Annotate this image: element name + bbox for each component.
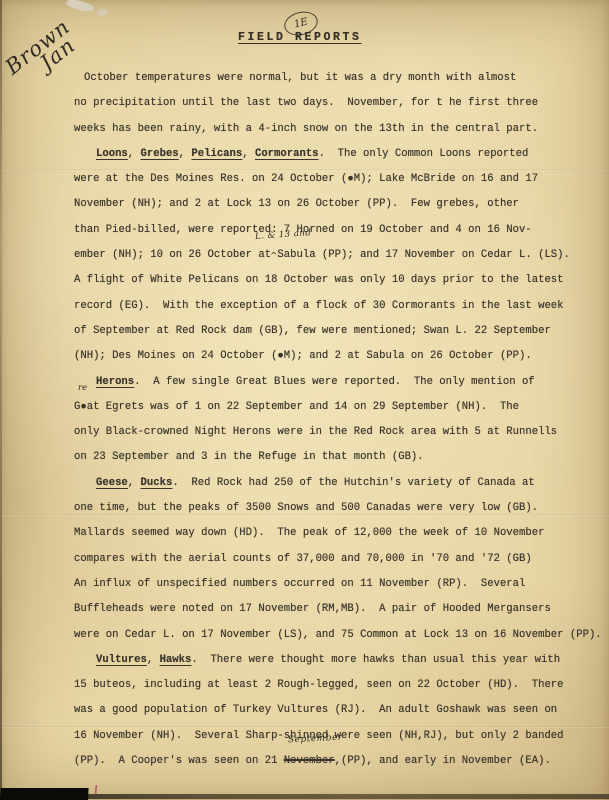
typed-text: weeks has been rainy, with a 4-inch snow… [74,123,538,135]
handwritten-corner-note: Brown Jan [2,16,84,92]
caret-mark: ^ [270,252,278,262]
typed-line: Buffleheads were noted on 17 November (R… [74,597,606,622]
typed-text: ember (NH); 10 on 26 October at Sabula (… [74,249,570,261]
typed-text: , [147,654,160,666]
typed-text: 15 buteos, including at least 2 Rough-le… [74,679,564,691]
typed-line: compares with the aerial counts of 37,00… [74,547,606,572]
typed-text: on 23 September and 3 in the Refuge in t… [74,451,424,463]
typed-text: only Black-crowned Night Herons were in … [74,426,557,438]
scanned-document-page: { "title": "FIELD REPORTS", "page_mark":… [0,0,609,800]
typed-line: Vultures, Hawks. There were thought more… [74,648,606,673]
section-heading: Vultures [96,654,147,666]
typed-text: . A few single Great Blues were reported… [134,376,535,388]
section-heading: Loons [96,148,128,160]
page-mark-text: 1E [293,17,309,31]
typed-text: . The only Common Loons reported [319,148,529,160]
typed-line: of September at Red Rock dam (GB), few w… [74,319,606,344]
red-pen-mark [95,785,97,794]
typed-text: of September at Red Rock dam (GB), few w… [74,325,551,337]
typed-line: 15 buteos, including at least 2 Rough-le… [74,673,606,698]
torn-paper-spot [97,8,109,16]
typed-line: Mallards seemed way down (HD). The peak … [74,521,606,546]
scan-bottom-edge [0,794,609,799]
typed-text: A flight of White Pelicans on 18 October… [74,274,564,286]
typed-text: Buffleheads were noted on 17 November (R… [74,603,551,615]
typed-text: no precipitation until the last two days… [74,97,538,109]
typed-text: (NH); Des Moines on 24 October (●M); and… [74,350,532,362]
typed-text: . There were thought more hawks than usu… [191,654,560,666]
typed-text: G●at Egrets was of 1 on 22 September and… [74,401,519,413]
typed-text: Mallards seemed way down (HD). The peak … [74,527,544,539]
typed-text: were on Cedar L. on 17 November (LS), an… [74,629,602,641]
typed-text: . Red Rock had 250 of the Hutchin's vari… [172,477,534,489]
typed-text: , [128,477,141,489]
typed-line: weeks has been rainy, with a 4-inch snow… [74,117,606,142]
typed-line: ember (NH); 10 on 26 October at Sabula (… [74,243,606,268]
typed-line: was a good population of Turkey Vultures… [74,698,606,723]
typed-text: , [128,148,141,160]
typed-text: , [179,148,192,160]
typed-line: November (NH); and 2 at Lock 13 on 26 Oc… [74,192,606,217]
typed-text: , [242,148,255,160]
typed-lines: October temperatures were normal, but it… [74,66,606,774]
typed-text: were at the Des Moines Res. on 24 Octobe… [74,173,538,185]
typed-text: record (EG). With the exception of a flo… [74,300,564,312]
paper-background: Brown Jan 1E FIELD REPORTS October tempe… [0,0,609,800]
typed-line: only Black-crowned Night Herons were in … [74,420,606,445]
typed-text: was a good population of Turkey Vultures… [74,704,557,716]
section-heading: Ducks [141,477,173,489]
typed-text: (PP). A Cooper's was seen on 21 [74,755,284,767]
page-left-edge [0,0,2,800]
typed-text: ,(PP), and early in November (EA). [335,755,551,767]
section-heading: Cormorants [255,148,319,160]
torn-paper-spot [65,0,94,13]
typed-line: one time, but the peaks of 3500 Snows an… [74,496,606,521]
typed-line: were at the Des Moines Res. on 24 Octobe… [74,167,606,192]
typed-text: one time, but the peaks of 3500 Snows an… [74,502,538,514]
typed-line: no precipitation until the last two days… [74,91,606,116]
typed-line: An influx of unspecified numbers occurre… [74,572,606,597]
typed-line: (PP). A Cooper's was seen on 21 November… [74,749,606,774]
typed-line: Herons. A few single Great Blues were re… [74,370,606,395]
struck-word: November [284,755,335,767]
typed-text: compares with the aerial counts of 37,00… [74,553,532,565]
section-heading: Herons [96,376,134,388]
typed-line: October temperatures were normal, but it… [74,66,606,91]
handwritten-correction-re: re [78,383,87,393]
typed-line: Loons, Grebes, Pelicans, Cormorants. The… [74,142,606,167]
typed-line: (NH); Des Moines on 24 October (●M); and… [74,344,606,369]
typed-line: G●at Egrets was of 1 on 22 September and… [74,395,606,420]
section-heading: Grebes [141,148,179,160]
section-heading: Pelicans [191,148,242,160]
page-title: FIELD REPORTS [238,31,362,44]
typed-text: November (NH); and 2 at Lock 13 on 26 Oc… [74,198,519,210]
scan-dark-corner [0,788,89,800]
typed-text: An influx of unspecified numbers occurre… [74,578,525,590]
section-heading: Hawks [160,654,192,666]
typed-line: than Pied-billed, were reported: 7 Horne… [74,218,606,243]
typed-line: Geese, Ducks. Red Rock had 250 of the Hu… [74,471,606,496]
typed-line: A flight of White Pelicans on 18 October… [74,268,606,293]
typed-line: record (EG). With the exception of a flo… [74,294,606,319]
section-heading: Geese [96,477,128,489]
typed-line: on 23 September and 3 in the Refuge in t… [74,445,606,470]
typed-text: October temperatures were normal, but it… [84,72,516,84]
typed-line: were on Cedar L. on 17 November (LS), an… [74,623,606,648]
